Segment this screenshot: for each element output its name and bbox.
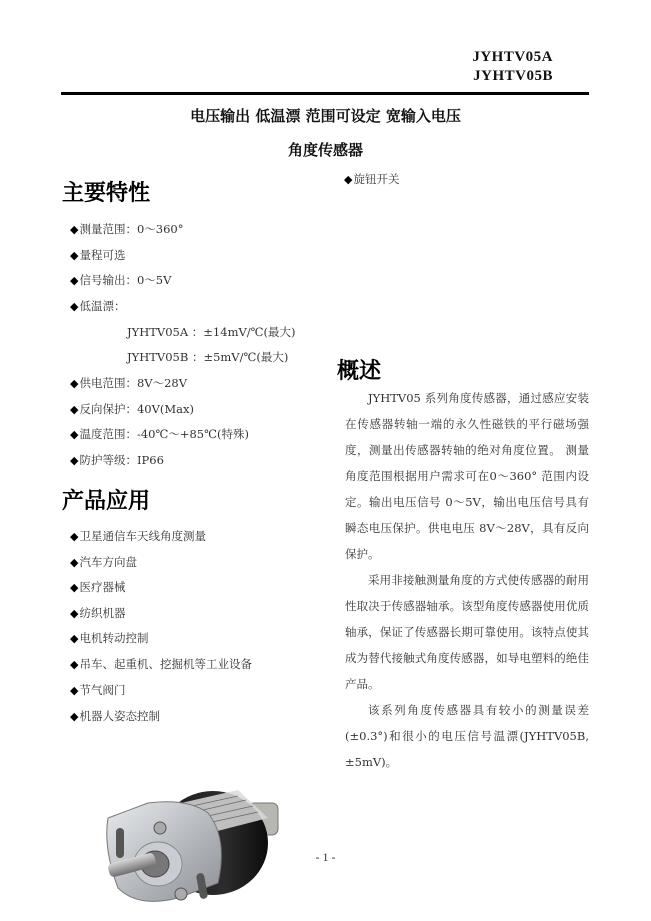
feature-item: ◆温度范围：-40℃～+85℃(特殊) — [70, 426, 249, 442]
diamond-bullet-icon: ◆ — [70, 658, 78, 671]
overview-body: JYHTV05 系列角度传感器，通过感应安装在传感器转轴一端的永久性磁铁的平行磁… — [345, 385, 589, 775]
diamond-bullet-icon: ◆ — [70, 428, 78, 441]
diamond-bullet-icon: ◆ — [70, 684, 78, 697]
features-heading: 主要特性 — [62, 176, 150, 207]
document-title: 电压输出 低温漂 范围可设定 宽输入电压 — [0, 105, 651, 126]
diamond-bullet-icon: ◆ — [70, 454, 78, 467]
application-item: ◆纺织机器 — [70, 605, 125, 621]
feature-item: ◆供电范围：8V～28V — [70, 375, 187, 391]
diamond-bullet-icon: ◆ — [70, 274, 78, 287]
diamond-bullet-icon: ◆ — [70, 403, 78, 416]
model-number-b: JYHTV05B — [473, 68, 553, 85]
feature-item: ◆反向保护：40V(Max) — [70, 401, 194, 417]
drift-spec-a: JYHTV05A ：±14mV/℃(最大) — [127, 324, 296, 340]
diamond-bullet-icon: ◆ — [70, 377, 78, 390]
diamond-bullet-icon: ◆ — [70, 581, 78, 594]
overview-paragraph: JYHTV05 系列角度传感器，通过感应安装在传感器转轴一端的永久性磁铁的平行磁… — [345, 385, 589, 567]
feature-item: ◆信号输出：0～5V — [70, 272, 171, 288]
feature-item: ◆低温漂： — [70, 298, 125, 314]
feature-item: ◆量程可选 — [70, 247, 125, 263]
diamond-bullet-icon: ◆ — [70, 607, 78, 620]
application-item: ◆汽车方向盘 — [70, 554, 137, 570]
header-divider — [61, 92, 589, 95]
overview-paragraph: 该系列角度传感器具有较小的测量误差(±0.3°)和很小的电压信号温漂(JYHTV… — [345, 697, 589, 775]
application-item: ◆电机转动控制 — [70, 630, 148, 646]
diamond-bullet-icon: ◆ — [70, 223, 78, 236]
application-item: ◆卫星通信车天线角度测量 — [70, 528, 206, 544]
feature-item: ◆防护等级：IP66 — [70, 452, 164, 468]
model-number-a: JYHTV05A — [472, 49, 553, 66]
application-item: ◆医疗器械 — [70, 579, 125, 595]
application-item: ◆吊车、起重机、挖掘机等工业设备 — [70, 656, 252, 672]
page-number: - 1 - — [0, 850, 651, 865]
application-item: ◆机器人姿态控制 — [70, 708, 160, 724]
application-item: ◆节气阀门 — [70, 682, 125, 698]
feature-item: ◆测量范围：0～360° — [70, 221, 184, 237]
overview-paragraph: 采用非接触测量角度的方式使传感器的耐用性取决于传感器轴承。该型角度传感器使用优质… — [345, 567, 589, 697]
diamond-bullet-icon: ◆ — [344, 173, 352, 186]
diamond-bullet-icon: ◆ — [70, 710, 78, 723]
diamond-bullet-icon: ◆ — [70, 556, 78, 569]
diamond-bullet-icon: ◆ — [70, 300, 78, 313]
drift-spec-b: JYHTV05B ：±5mV/℃(最大) — [127, 349, 288, 365]
applications-heading: 产品应用 — [62, 484, 150, 515]
diamond-bullet-icon: ◆ — [70, 249, 78, 262]
diamond-bullet-icon: ◆ — [70, 530, 78, 543]
overview-heading: 概述 — [337, 354, 381, 385]
application-item: ◆旋钮开关 — [344, 171, 399, 187]
document-subtitle: 角度传感器 — [0, 139, 651, 160]
diamond-bullet-icon: ◆ — [70, 632, 78, 645]
